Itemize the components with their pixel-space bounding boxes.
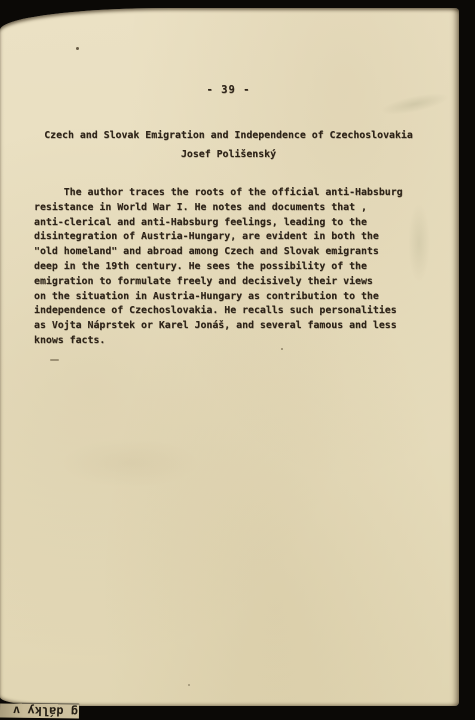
- rotated-edge-text: g dálky v: [0, 703, 79, 718]
- paragraph-line: "old homeland" and abroad among Czech an…: [34, 245, 434, 260]
- paragraph-line: The author traces the roots of the offic…: [34, 186, 434, 201]
- paragraph-line: independence of Czechoslovakia. He recal…: [34, 304, 434, 319]
- pencil-dash: [50, 359, 59, 361]
- ink-speck: [76, 47, 79, 50]
- abstract-paragraph: The author traces the roots of the offic…: [34, 186, 434, 349]
- paragraph-line: disintegration of Austria-Hungary, are e…: [34, 230, 434, 245]
- paragraph-line: anti-clerical and anti-Habsburg feelings…: [34, 216, 434, 231]
- scanned-document: - 39 - Czech and Slovak Emigration and I…: [0, 0, 475, 720]
- paragraph-line: knows facts.: [34, 334, 434, 349]
- paragraph-line: on the situation in Austria-Hungary as c…: [34, 290, 434, 305]
- ink-speck: [188, 684, 190, 686]
- paragraph-line: as Vojta Náprstek or Karel Jonáš, and se…: [34, 319, 434, 334]
- author-name: Josef Polišenský: [0, 149, 457, 160]
- paragraph-line: emigration to formulate freely and decis…: [34, 275, 434, 290]
- document-title: Czech and Slovak Emigration and Independ…: [0, 130, 457, 141]
- paragraph-line: resistance in World War I. He notes and …: [34, 201, 434, 216]
- page-number: - 39 -: [0, 84, 457, 96]
- adjacent-page-edge: g dálky v: [0, 703, 79, 718]
- paper-page: - 39 - Czech and Slovak Emigration and I…: [0, 8, 459, 706]
- paragraph-line: deep in the 19th century. He sees the po…: [34, 260, 434, 275]
- ink-speck: [281, 348, 283, 350]
- bleed-smudge: [60, 438, 200, 488]
